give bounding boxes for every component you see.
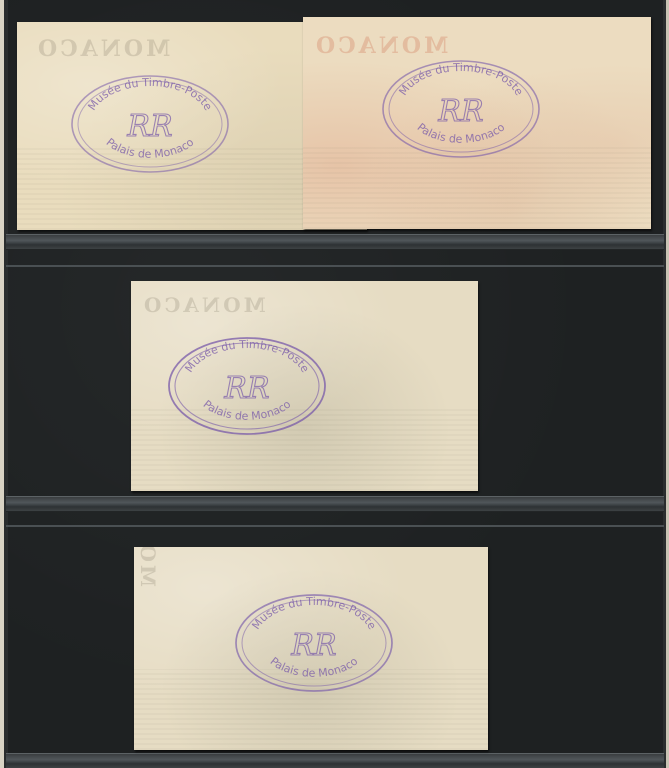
museum-handstamp: Musée du Timbre-Poste RR Palais de Monac… bbox=[70, 74, 230, 174]
stockpage-strip-1 bbox=[6, 234, 664, 250]
rr-monogram-icon: RR bbox=[126, 109, 172, 144]
showthrough-text: MONACO bbox=[141, 293, 266, 317]
handstamp-top-text: Musée du Timbre-Poste bbox=[249, 595, 378, 632]
rr-monogram-icon: RR bbox=[290, 628, 336, 663]
handstamp-top-text: Musée du Timbre-Poste bbox=[85, 76, 214, 113]
stamp-4[interactable]: MONACO Musée du Timbre-Poste RR Palais d… bbox=[134, 547, 488, 750]
stockpage-right-edge bbox=[663, 0, 669, 768]
stockpage-strip-2 bbox=[6, 496, 664, 512]
rr-monogram-icon: RR bbox=[437, 94, 483, 129]
stockpage-left-edge bbox=[0, 0, 8, 768]
stockpage: MONACO Musée du Timbre-Poste RR Palais d… bbox=[0, 0, 669, 768]
showthrough-text: MONACO bbox=[35, 36, 170, 62]
showthrough-text: MONACO bbox=[313, 33, 448, 59]
showthrough-text: MONACO bbox=[136, 547, 160, 587]
museum-handstamp: Musée du Timbre-Poste RR Palais de Monac… bbox=[167, 336, 327, 436]
stamp-2[interactable]: MONACO Musée du Timbre-Poste RR Palais d… bbox=[303, 17, 651, 229]
museum-handstamp: Musée du Timbre-Poste RR Palais de Monac… bbox=[234, 593, 394, 693]
stamp-3[interactable]: MONACO Musée du Timbre-Poste RR Palais d… bbox=[131, 281, 478, 491]
museum-handstamp: Musée du Timbre-Poste RR Palais de Monac… bbox=[381, 59, 541, 159]
handstamp-top-text: Musée du Timbre-Poste bbox=[182, 338, 311, 375]
strip-divider-1 bbox=[6, 265, 664, 267]
handstamp-top-text: Musée du Timbre-Poste bbox=[396, 61, 525, 98]
rr-monogram-icon: RR bbox=[223, 371, 269, 406]
strip-divider-2 bbox=[6, 525, 664, 527]
stockpage-strip-3 bbox=[6, 753, 664, 768]
